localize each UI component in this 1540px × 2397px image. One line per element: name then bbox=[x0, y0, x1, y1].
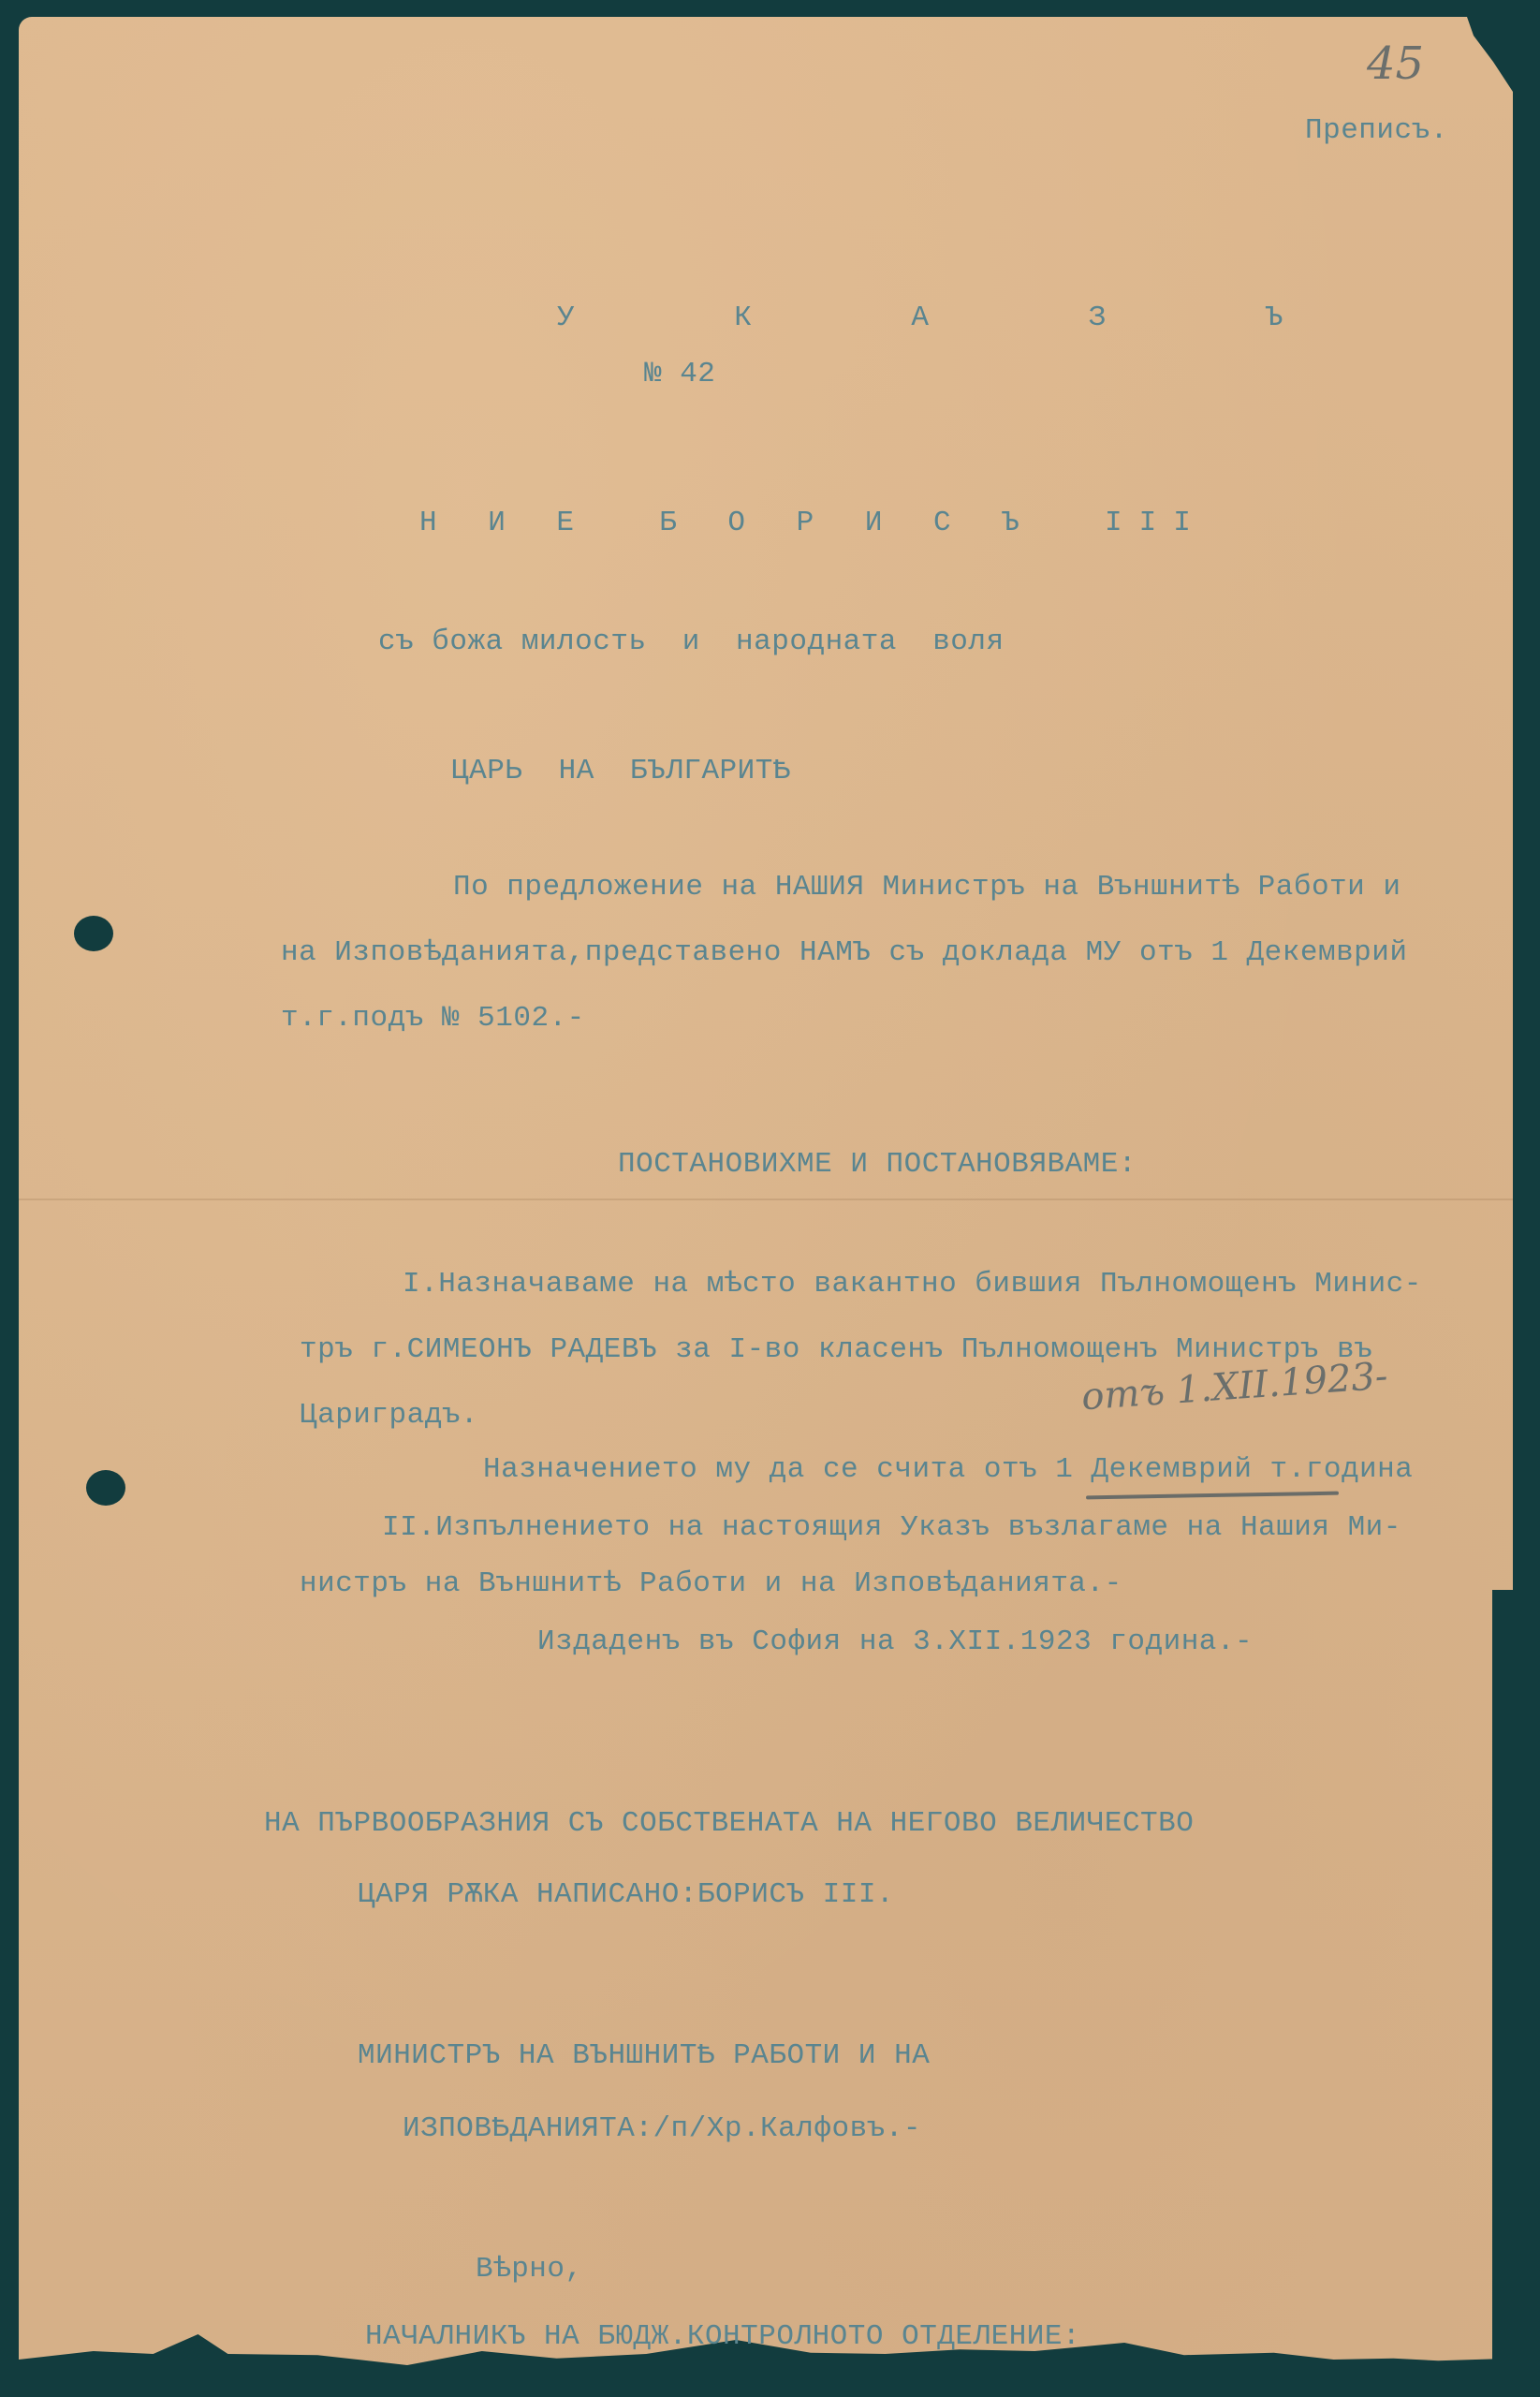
preamble-line-3: т.г.подъ № 5102.- bbox=[281, 1002, 585, 1035]
effective-date-line: Назначението му да се счита отъ 1 Декемв… bbox=[483, 1453, 1413, 1486]
decree-heading: ПОСТАНОВИХМЕ И ПОСТАНОВЯВАМЕ: bbox=[618, 1148, 1137, 1181]
archive-page-number: 45 bbox=[1367, 37, 1424, 90]
punch-hole-bottom bbox=[86, 1470, 125, 1506]
article-1-line-1: I.Назначаваме на мѣсто вакантно бившия П… bbox=[403, 1268, 1422, 1301]
original-signed-line-2: ЦАРЯ РѪКА НАПИСАНО:БОРИСЪ III. bbox=[358, 1878, 894, 1911]
decree-title: У К А З Ъ bbox=[557, 301, 1354, 334]
decree-number: № 42 bbox=[644, 358, 715, 390]
article-1-line-2: тръ г.СИМЕОНЪ РАДЕВЪ за I-во класенъ Пъл… bbox=[300, 1333, 1372, 1366]
minister-signature-line-1: МИНИСТРЪ НА ВЪНШНИТѢ РАБОТИ И НА bbox=[358, 2039, 930, 2072]
torn-corner bbox=[1447, 17, 1513, 92]
article-1-line-3: Цариградъ. bbox=[300, 1399, 478, 1432]
document-page: 45 Преписъ. У К А З Ъ № 42 Н И Е Б О Р И… bbox=[19, 17, 1513, 2376]
pencil-underline bbox=[1086, 1492, 1339, 1500]
grace-line: съ божа милость и народната воля bbox=[378, 625, 1005, 658]
torn-right-edge bbox=[1492, 1590, 1513, 2397]
punch-hole-top bbox=[74, 916, 113, 951]
preamble-line-2: на Изповѣданията,представено НАМЪ съ док… bbox=[281, 936, 1408, 969]
article-2-line-1: II.Изпълнението на настоящия Указъ възла… bbox=[382, 1511, 1401, 1544]
minister-signature-line-2: ИЗПОВѢДАНИЯТА:/п/Хр.Калфовъ.- bbox=[403, 2112, 921, 2145]
king-title: ЦАРЬ НА БЪЛГАРИТѢ bbox=[451, 755, 791, 787]
original-signed-line-1: НА ПЪРВООБРАЗНИЯ СЪ СОБСТВЕНАТА НА НЕГОВ… bbox=[264, 1807, 1194, 1840]
copy-label: Преписъ. bbox=[1305, 114, 1448, 147]
article-2-line-2: нистръ на Външнитѣ Работи и на Изповѣдан… bbox=[300, 1567, 1122, 1600]
monarch-line: Н И Е Б О Р И С Ъ III bbox=[419, 507, 1208, 539]
fold-line bbox=[19, 1198, 1513, 1200]
certification-label: Вѣрно, bbox=[476, 2253, 583, 2286]
certifier-title: НАЧАЛНИКЪ НА БЮДЖ.КОНТРОЛНОТО ОТДЕЛЕНИЕ: bbox=[365, 2320, 1080, 2353]
issued-line: Издаденъ въ София на 3.XII.1923 година.- bbox=[537, 1625, 1253, 1658]
preamble-line-1: По предложение на НАШИЯ Министръ на Външ… bbox=[453, 871, 1401, 904]
